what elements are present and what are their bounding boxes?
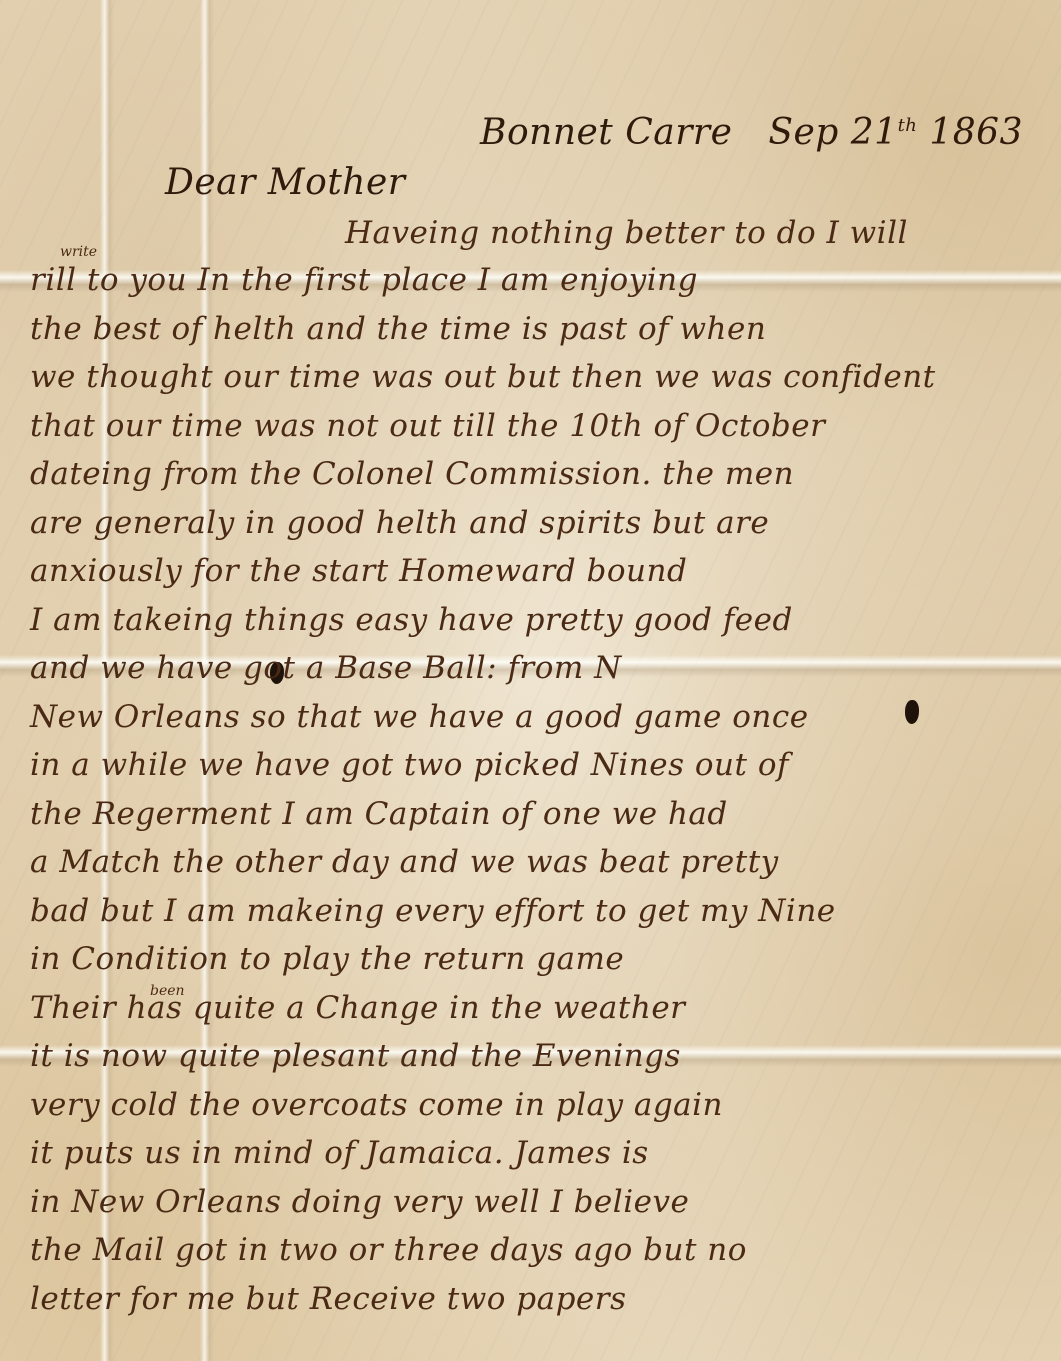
body-line: letter for me but Receive two papers (30, 1281, 627, 1317)
body-line: anxiously for the start Homeward bound (30, 553, 687, 589)
body-line: I am takeing things easy have pretty goo… (30, 602, 793, 638)
letter-page: Bonnet Carre Sep 21th 1863 Dear Mother H… (0, 0, 1061, 1361)
body-line: rill to you In the first place I am enjo… (30, 262, 698, 298)
body-line: bad but I am makeing every effort to get… (30, 893, 836, 929)
body-line: it is now quite plesant and the Evenings (30, 1038, 681, 1074)
date-suffix: th (898, 115, 918, 136)
body-line: in a while we have got two picked Nines … (30, 747, 789, 783)
salutation: Dear Mother (165, 162, 405, 203)
date: Sep 21 (768, 112, 897, 153)
inserted-word: write (60, 244, 97, 260)
place: Bonnet Carre (480, 112, 732, 153)
body-line: very cold the overcoats come in play aga… (30, 1087, 723, 1123)
body-line: the best of helth and the time is past o… (30, 311, 766, 347)
body-line: New Orleans so that we have a good game … (30, 699, 809, 735)
body-line: we thought our time was out but then we … (30, 359, 936, 395)
body-line: it puts us in mind of Jamaica. James is (30, 1135, 649, 1171)
body-line: that our time was not out till the 10th … (30, 408, 825, 444)
body-line: Haveing nothing better to do I will (345, 215, 908, 251)
body-line: in Condition to play the return game (30, 941, 624, 977)
body-line: the Mail got in two or three days ago bu… (30, 1232, 747, 1268)
body-line: and we have got a Base Ball: from N (30, 650, 622, 686)
body-line: Their has quite a Change in the weather (30, 990, 685, 1026)
body-line: the Regerment I am Captain of one we had (30, 796, 728, 832)
body-line: in New Orleans doing very well I believe (30, 1184, 689, 1220)
body-line: dateing from the Colonel Commission. the… (30, 456, 794, 492)
dateline: Bonnet Carre Sep 21th 1863 (480, 112, 1023, 153)
body-line: a Match the other day and we was beat pr… (30, 844, 779, 880)
year: 1863 (929, 112, 1023, 153)
body-line: are generaly in good helth and spirits b… (30, 505, 769, 541)
